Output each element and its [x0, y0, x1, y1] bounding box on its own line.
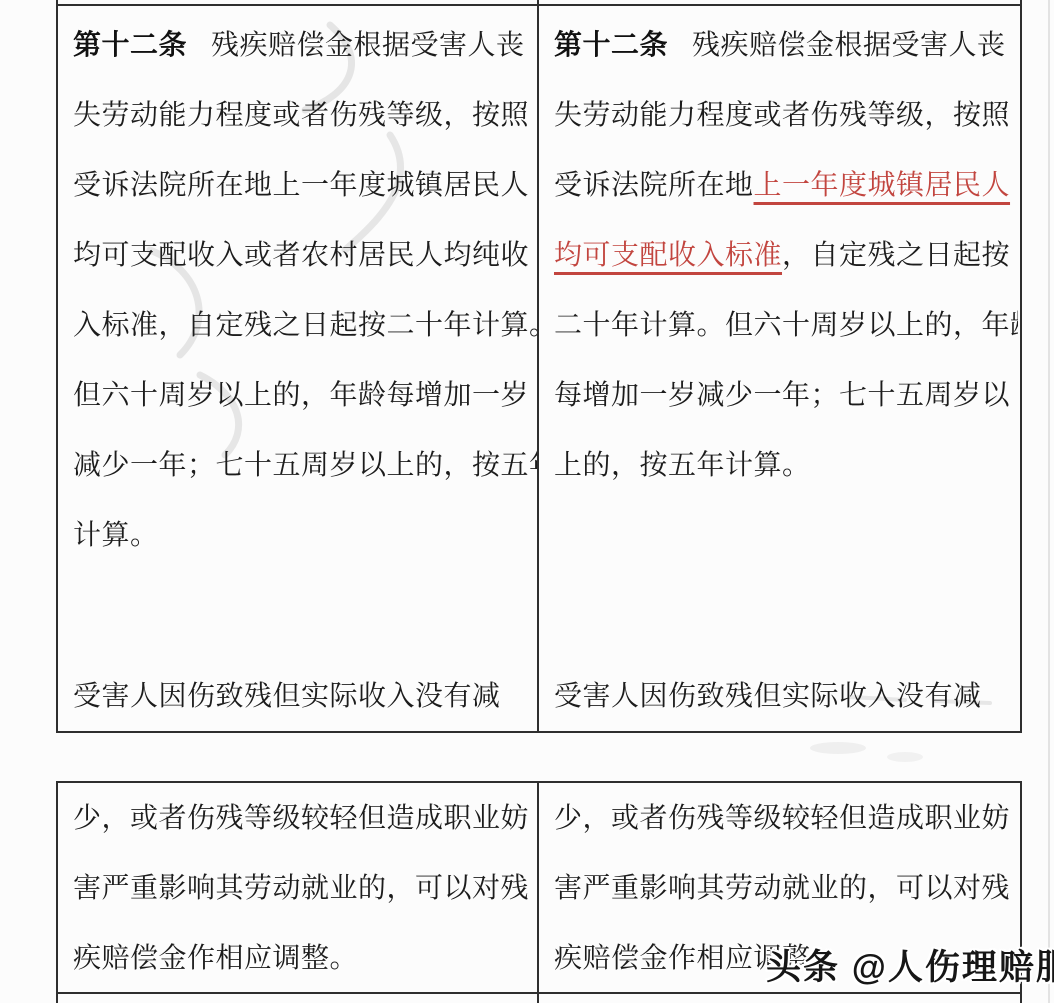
text-line: 均可支配收入标准，自定残之日起按 [539, 220, 1018, 290]
text-line: 均可支配收入或者农村居民人均纯收 [58, 220, 537, 290]
article-number: 第十二条 [73, 29, 187, 60]
text-line: 失劳动能力程度或者伤残等级，按照 [539, 80, 1018, 150]
text-line: 入标准，自定残之日起按二十年计算。 [58, 290, 537, 360]
original-text-cell: 第十二条残疾赔偿金根据受害人丧 失劳动能力程度或者伤残等级，按照 受诉法院所在地… [58, 0, 537, 731]
table-row-border [58, 992, 1020, 994]
revised-text-cell: 第十二条残疾赔偿金根据受害人丧 失劳动能力程度或者伤残等级，按照 受诉法院所在地… [539, 0, 1018, 731]
text-line: 失劳动能力程度或者伤残等级，按照 [58, 80, 537, 150]
article-text: 残疾赔偿金根据受害人丧 [692, 29, 1006, 60]
original-text-cell: 少，或者伤残等级较轻但造成职业妨 害严重影响其劳动就业的，可以对残 疾赔偿金作相… [58, 783, 537, 1003]
text-line: 上的，按五年计算。 [539, 430, 1018, 500]
article-number: 第十二条 [554, 29, 668, 60]
text-line: 疾赔偿金作相应调整。 [58, 923, 537, 993]
column-divider [537, 0, 539, 731]
text-line: 害严重影响其劳动就业的，可以对残 [539, 853, 1018, 923]
text-line: 每增加一岁减少一年；七十五周岁以 [539, 360, 1018, 430]
watermark: 头条 @人伤理赔服务 [766, 940, 1054, 990]
text-line: 受诉法院所在地上一年度城镇居民人 [539, 150, 1018, 220]
page-edge-line [1048, 0, 1050, 1003]
text-line: 少，或者伤残等级较轻但造成职业妨 [539, 783, 1018, 853]
second-paragraph: 受害人因伤致残但实际收入没有减 [58, 661, 537, 731]
text-line: 害严重影响其劳动就业的，可以对残 [58, 853, 537, 923]
article-text: 残疾赔偿金根据受害人丧 [211, 29, 525, 60]
comparison-table-top: 第十二条残疾赔偿金根据受害人丧 失劳动能力程度或者伤残等级，按照 受诉法院所在地… [56, 0, 1022, 733]
text-line: 但六十周岁以上的，年龄每增加一岁 [58, 360, 537, 430]
highlighted-text: 上一年度城镇居民人 [754, 169, 1011, 200]
second-paragraph: 受害人因伤致残但实际收入没有减 [539, 661, 1018, 731]
article-text: 受诉法院所在地 [554, 169, 754, 200]
text-line: 第十二条残疾赔偿金根据受害人丧 [539, 10, 1018, 80]
table-top-border [58, 4, 1020, 6]
column-divider [537, 783, 539, 1003]
text-line: 受诉法院所在地上一年度城镇居民人 [58, 150, 537, 220]
article-text: ，自定残之日起按 [782, 239, 1010, 270]
text-line: 减少一年；七十五周岁以上的，按五年 [58, 430, 537, 500]
text-line: 计算。 [58, 500, 537, 570]
text-line: 第十二条残疾赔偿金根据受害人丧 [58, 10, 537, 80]
text-line: 少，或者伤残等级较轻但造成职业妨 [58, 783, 537, 853]
highlighted-text: 均可支配收入标准 [554, 239, 782, 270]
text-line: 二十年计算。但六十周岁以上的，年龄 [539, 290, 1018, 360]
